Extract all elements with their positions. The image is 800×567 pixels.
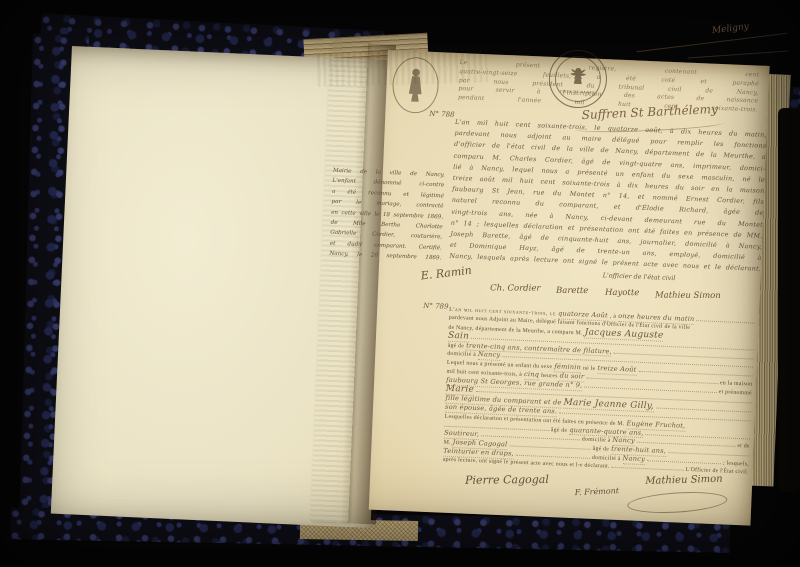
signature: Ch. Cordier [490, 283, 540, 293]
act-789-printed-form: L'an mil huit cent soixante-trois, le qu… [443, 305, 755, 478]
dotted-rule [509, 442, 591, 450]
eagle-stamp-icon [565, 64, 592, 89]
figure-stamp-icon [391, 56, 439, 114]
register-scan-photo: Le présent registre, contenant centquatr… [0, 0, 800, 567]
pen-flourish [688, 51, 788, 59]
act-788-text: L'an mil huit cent soixante-trois, le qu… [449, 117, 767, 276]
witness-signature: F. Frémont [575, 486, 620, 497]
act-788-number: N° 788 [429, 110, 455, 119]
signature: Mathieu Simon [655, 291, 721, 301]
dotted-rule [516, 451, 590, 459]
book-binding-right [778, 108, 800, 492]
marriage-margin-note: Mairie de la ville de Nancy.L'enfant dén… [329, 166, 445, 264]
signature: Hayotte [605, 288, 639, 298]
paraph-annotation: Meligny [712, 22, 750, 36]
declarant-signature: Pierre Cagogal [465, 473, 549, 487]
act-789-number: N° 789 [423, 302, 449, 311]
dotted-rule [647, 456, 721, 464]
officer-signature: Mathieu Simon [645, 474, 723, 487]
right-register-page: Le présent registre, contenant centquatr… [369, 50, 770, 526]
margin-note-signature: E. Ramin [420, 264, 472, 283]
stamp-label: VILLE DE NANCY [559, 89, 595, 95]
signature-flourish [627, 489, 728, 515]
dotted-rule [696, 316, 755, 323]
signature: Barette [556, 286, 588, 296]
act-788-signatures: Ch. Cordier Barette Hayotte Mathieu Simo… [490, 282, 746, 303]
act-788-officer-line: L'officier de l'état civil [603, 271, 676, 282]
text-segment: né le [583, 365, 596, 374]
